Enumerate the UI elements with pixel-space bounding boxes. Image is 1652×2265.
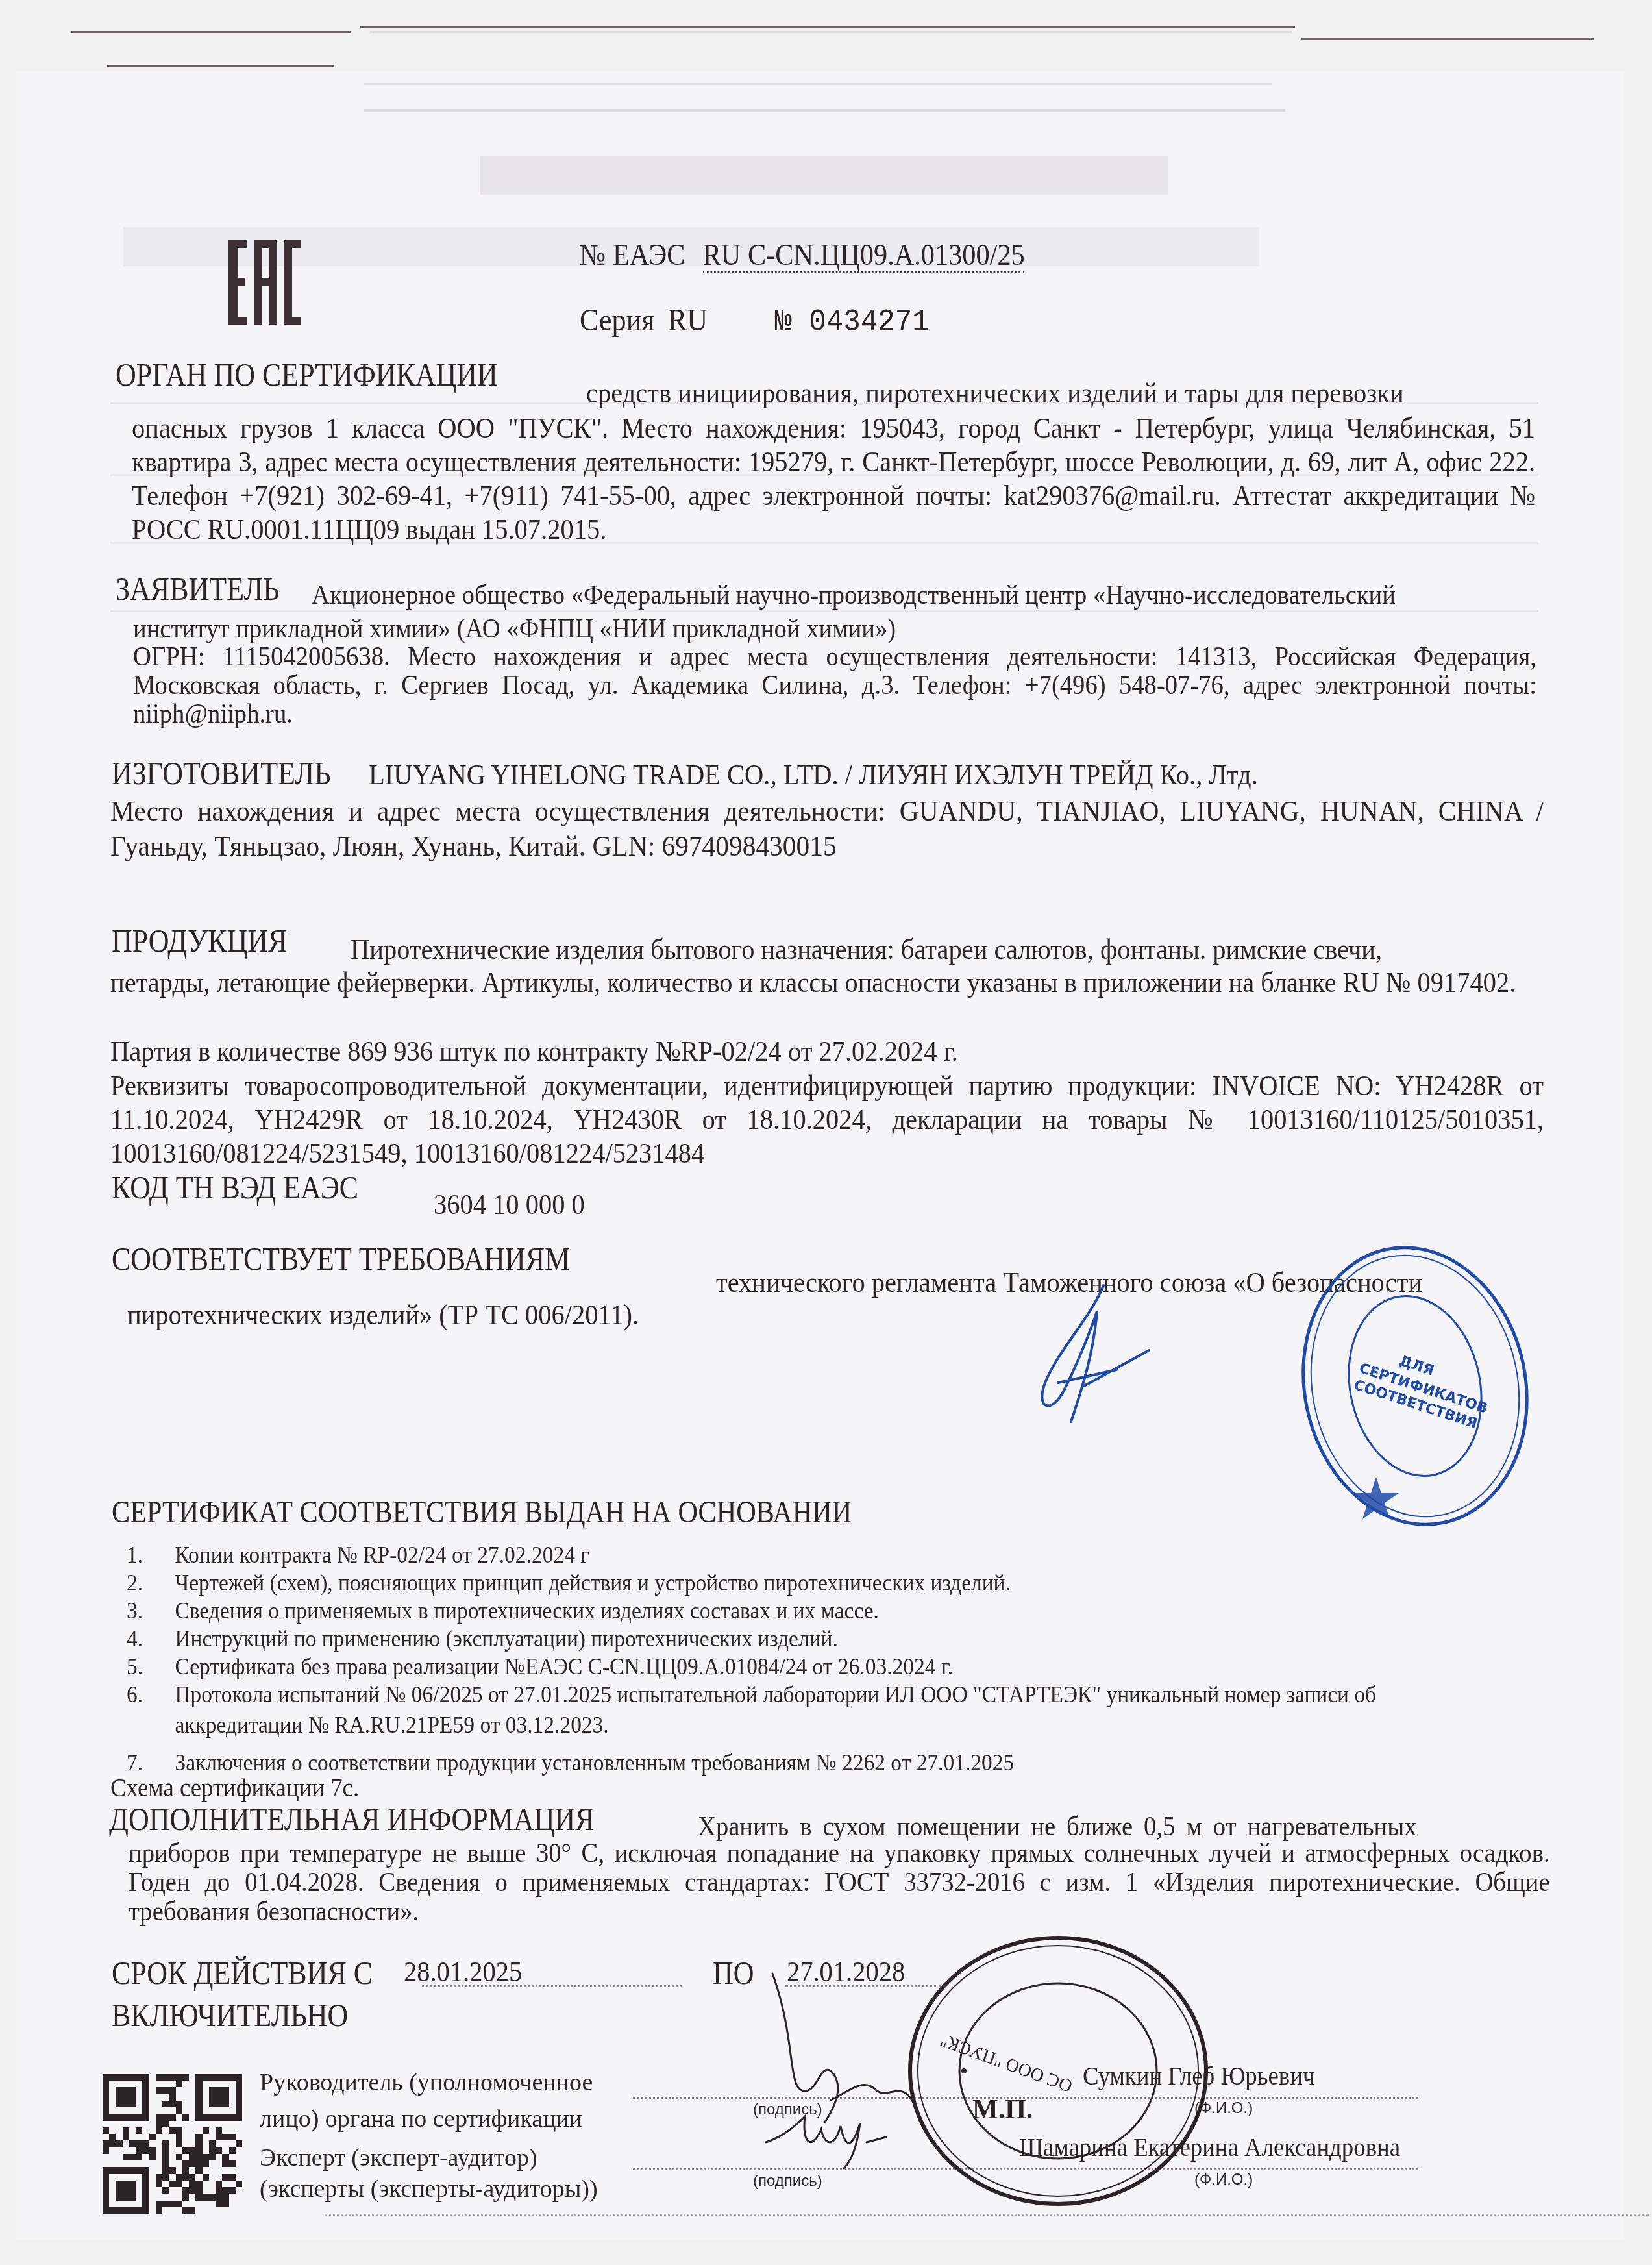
footer-rule bbox=[325, 2214, 1649, 2216]
certificate-number: № ЕАЭС RU C-CN.ЦЦ09.А.01300/25 bbox=[580, 238, 1025, 272]
basis-heading: СЕРТИФИКАТ СООТВЕТСТВИЯ ВЫДАН НА ОСНОВАН… bbox=[112, 1494, 852, 1530]
hs-code-heading: КОД ТН ВЭД ЕАЭС bbox=[112, 1169, 358, 1206]
applicant-signature-icon bbox=[1019, 1272, 1162, 1441]
applicant-text: ОГРН: 1115042005638. Место нахождения и … bbox=[133, 643, 1536, 728]
number-value: RU C-CN.ЦЦ09.А.01300/25 bbox=[703, 238, 1025, 273]
certification-body-text: опасных грузов 1 класса ООО "ПУСК". Мест… bbox=[132, 412, 1535, 547]
additional-info-heading: ДОПОЛНИТЕЛЬНАЯ ИНФОРМАЦИЯ bbox=[109, 1800, 595, 1838]
validity-label-inclusive: ВКЛЮЧИТЕЛЬНО bbox=[112, 1996, 348, 2034]
qr-code-icon bbox=[103, 2074, 242, 2214]
number-label: № ЕАЭС bbox=[580, 238, 685, 271]
series-line: Серия RU № 0434271 bbox=[580, 303, 930, 340]
certification-body-first-line: средств инициирования, пиротехнических и… bbox=[586, 377, 1404, 410]
head-label: Руководитель (уполномоченное лицо) орган… bbox=[260, 2064, 593, 2137]
additional-info-text: приборов при температуре не выше 30° С, … bbox=[129, 1839, 1550, 1927]
manufacturer-heading: ИЗГОТОВИТЕЛЬ bbox=[112, 754, 330, 792]
conformity-heading: СООТВЕТСТВУЕТ ТРЕБОВАНИЯМ bbox=[112, 1240, 570, 1278]
series-value: RU bbox=[668, 303, 708, 338]
certification-body-heading: ОРГАН ПО СЕРТИФИКАЦИИ bbox=[116, 356, 498, 393]
additional-info-first-line: Хранить в сухом помещении не ближе 0,5 м… bbox=[698, 1811, 1417, 1842]
product-documents: Реквизиты товаросопроводительной докумен… bbox=[110, 1069, 1544, 1170]
product-heading: ПРОДУКЦИЯ bbox=[112, 922, 287, 959]
blank-number: № 0434271 bbox=[774, 305, 930, 340]
conformity-second-line: пиротехнических изделий» (ТР ТС 006/2011… bbox=[127, 1298, 639, 1331]
eac-mark-icon bbox=[228, 240, 301, 325]
applicant-second-line: институт прикладной химии» (АО «ФНПЦ «НИ… bbox=[133, 613, 896, 645]
basis-list: 1.Копии контракта № RP-02/24 от 27.02.20… bbox=[127, 1541, 1620, 1794]
svg-text:ОС ООО "ПУСК": ОС ООО "ПУСК" bbox=[937, 2029, 1075, 2096]
validity-label-from: СРОК ДЕЙСТВИЯ С bbox=[112, 1954, 373, 1992]
validity-date-from: 28.01.2025 bbox=[404, 1955, 522, 1988]
product-text: петарды, летающие фейерверки. Артикулы, … bbox=[110, 966, 1544, 1000]
series-label: Серия bbox=[580, 303, 655, 338]
hs-code-value: 3604 10 000 0 bbox=[434, 1188, 585, 1221]
expert-label: Эксперт (эксперт-аудитор) (эксперты (экс… bbox=[260, 2142, 598, 2205]
certification-body-stamp-icon: ОС ООО "ПУСК" bbox=[902, 1931, 1214, 2210]
manufacturer-text: Место нахождения и адрес места осуществл… bbox=[110, 793, 1544, 863]
applicant-heading: ЗАЯВИТЕЛЬ bbox=[116, 570, 280, 608]
manufacturer-name: LIUYANG YIHELONG TRADE CO., LTD. / ЛИУЯН… bbox=[369, 758, 1258, 791]
date-from-underline bbox=[422, 1985, 682, 1987]
certification-scheme: Схема сертификации 7с. bbox=[110, 1772, 359, 1803]
applicant-stamp-icon: ДЛЯ СЕРТИФИКАТОВ СООТВЕТСТВИЯ bbox=[1295, 1237, 1535, 1535]
product-batch: Партия в количестве 869 936 штук по конт… bbox=[110, 1035, 958, 1068]
applicant-first-line: Акционерное общество «Федеральный научно… bbox=[312, 580, 1396, 611]
product-first-line: Пиротехнические изделия бытового назначе… bbox=[351, 933, 1382, 966]
